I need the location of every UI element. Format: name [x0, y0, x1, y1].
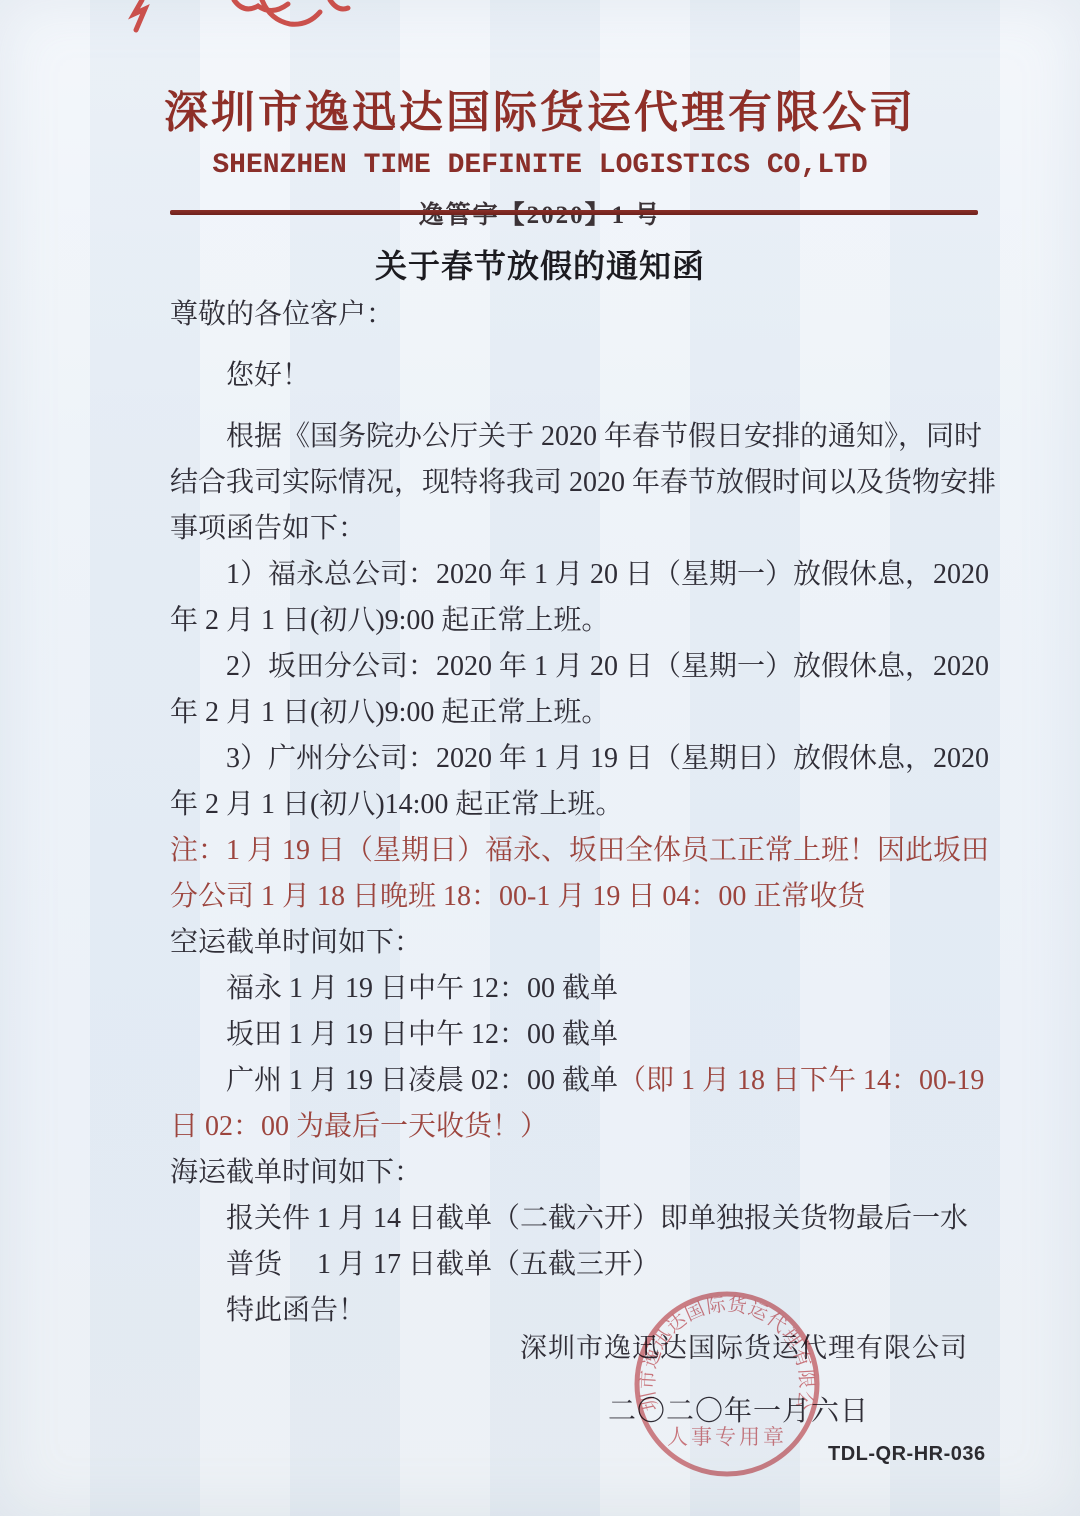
body-line-text: 福永 1 月 19 日中午 12：00 截单 — [226, 973, 618, 1004]
body-line: 年 2 月 1 日(初八)14:00 起正常上班。 — [170, 782, 962, 828]
body-line-text: 空运截单时间如下： — [170, 927, 422, 958]
body-line: 2）坂田分公司：2020 年 1 月 20 日（星期一）放假休息，2020 — [170, 644, 962, 690]
letter-body: 尊敬的各位客户：您好！根据《国务院办公厅关于 2020 年春节假日安排的通知》，… — [170, 292, 962, 1334]
seal-label: 人事专用章 — [667, 1426, 787, 1449]
red-ink-mark — [112, 0, 372, 42]
body-line: 年 2 月 1 日(初八)9:00 起正常上班。 — [170, 598, 962, 644]
body-line: 1）福永总公司：2020 年 1 月 20 日（星期一）放假休息，2020 — [170, 552, 962, 598]
company-name-en: SHENZHEN TIME DEFINITE LOGISTICS CO,LTD — [0, 150, 1080, 181]
body-line: 结合我司实际情况，现特将我司 2020 年春节放假时间以及货物安排 — [170, 460, 962, 506]
body-line-text: 报关件 1 月 14 日截单（二截六开）即单独报关货物最后一水 — [226, 1203, 968, 1234]
body-line-text: 日 02：00 为最后一天收货！） — [170, 1111, 548, 1142]
seal-ring-text: 深圳市逸迅达国际货运代理有限公司 — [627, 1284, 817, 1413]
form-code: TDL-QR-HR-036 — [828, 1443, 986, 1466]
body-line: 事项函告如下： — [170, 506, 962, 552]
body-line-text: 根据《国务院办公厅关于 2020 年春节假日安排的通知》，同时 — [226, 421, 982, 452]
body-line-text: （即 1 月 18 日下午 14：00-19 — [618, 1065, 984, 1096]
body-line-text: 您好！ — [226, 360, 310, 391]
company-seal: 深圳市逸迅达国际货运代理有限公司 人事专用章 — [627, 1284, 827, 1484]
body-line: 日 02：00 为最后一天收货！） — [170, 1104, 962, 1150]
body-line-text: 年 2 月 1 日(初八)14:00 起正常上班。 — [170, 789, 623, 820]
body-line: 报关件 1 月 14 日截单（二截六开）即单独报关货物最后一水 — [170, 1196, 962, 1242]
body-line: 3）广州分公司：2020 年 1 月 19 日（星期日）放假休息，2020 — [170, 736, 962, 782]
company-name-cn: 深圳市逸迅达国际货运代理有限公司 — [0, 76, 1080, 140]
body-line-text: 海运截单时间如下： — [170, 1157, 422, 1188]
body-line: 广州 1 月 19 日凌晨 02：00 截单（即 1 月 18 日下午 14：0… — [170, 1058, 962, 1104]
body-line: 分公司 1 月 18 日晚班 18：00-1 月 19 日 04：00 正常收货 — [170, 874, 962, 920]
body-line-text: 注：1 月 19 日（星期日）福永、坂田全体员工正常上班！因此坂田 — [170, 835, 989, 866]
body-line: 海运截单时间如下： — [170, 1150, 962, 1196]
body-line-text: 2）坂田分公司：2020 年 1 月 20 日（星期一）放假休息，2020 — [226, 651, 989, 682]
page-title: 关于春节放假的通知函 — [0, 241, 1080, 287]
body-line-text: 年 2 月 1 日(初八)9:00 起正常上班。 — [170, 605, 609, 636]
body-line: 福永 1 月 19 日中午 12：00 截单 — [170, 966, 962, 1012]
body-line: 根据《国务院办公厅关于 2020 年春节假日安排的通知》，同时 — [170, 414, 962, 460]
body-line-text: 1）福永总公司：2020 年 1 月 20 日（星期一）放假休息，2020 — [226, 559, 989, 590]
body-line-text: 坂田 1 月 19 日中午 12：00 截单 — [226, 1019, 618, 1050]
body-line-text: 年 2 月 1 日(初八)9:00 起正常上班。 — [170, 697, 609, 728]
body-line: 尊敬的各位客户： — [170, 292, 962, 338]
body-line-text: 事项函告如下： — [170, 513, 366, 544]
body-line: 坂田 1 月 19 日中午 12：00 截单 — [170, 1012, 962, 1058]
body-line: 空运截单时间如下： — [170, 920, 962, 966]
body-line: 注：1 月 19 日（星期日）福永、坂田全体员工正常上班！因此坂田 — [170, 828, 962, 874]
body-line-text: 广州 1 月 19 日凌晨 02：00 截单 — [226, 1065, 618, 1096]
svg-text:深圳市逸迅达国际货运代理有限公司: 深圳市逸迅达国际货运代理有限公司 — [627, 1284, 817, 1413]
body-line-text: 3）广州分公司：2020 年 1 月 19 日（星期日）放假休息，2020 — [226, 743, 989, 774]
body-line: 普货 1 月 17 日截单（五截三开） — [170, 1242, 962, 1288]
scanned-notice-letter: { "page": { "background": "#eaf0f7", "he… — [0, 0, 1080, 1516]
body-line-text: 分公司 1 月 18 日晚班 18：00-1 月 19 日 04：00 正常收货 — [170, 881, 865, 912]
body-line-text: 普货 1 月 17 日截单（五截三开） — [226, 1249, 660, 1280]
body-line: 年 2 月 1 日(初八)9:00 起正常上班。 — [170, 690, 962, 736]
body-line-text: 结合我司实际情况，现特将我司 2020 年春节放假时间以及货物安排 — [170, 467, 996, 498]
letterhead: 深圳市逸迅达国际货运代理有限公司 SHENZHEN TIME DEFINITE … — [0, 76, 1080, 231]
body-line: 您好！ — [170, 353, 962, 399]
letterhead-divider — [170, 210, 978, 215]
body-line-text: 特此函告！ — [226, 1295, 366, 1326]
body-line-text: 尊敬的各位客户： — [170, 299, 394, 330]
